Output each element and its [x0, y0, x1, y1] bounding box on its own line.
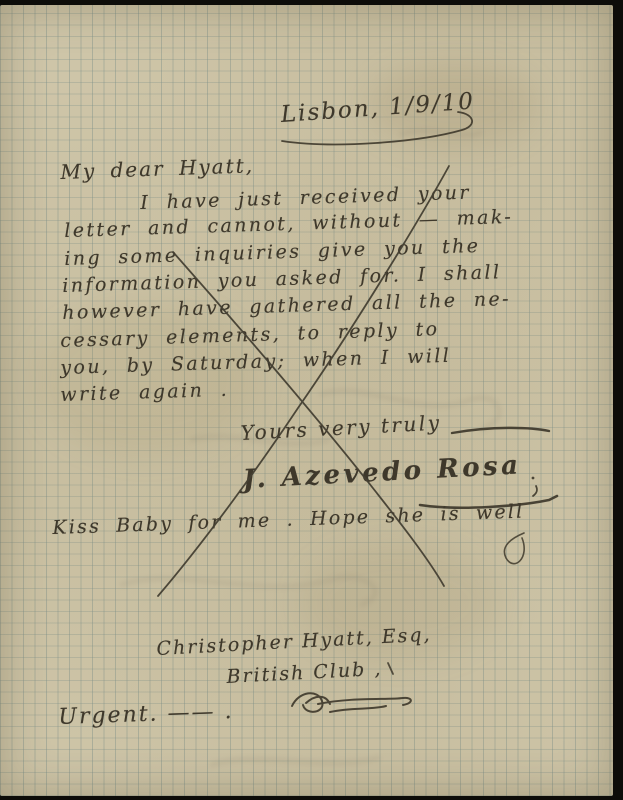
- salutation: My dear Hyatt,: [60, 153, 254, 184]
- squared-graph-paper: Lisbon, 1/9/10 My dear Hyatt, I have jus…: [0, 5, 613, 796]
- postscript: Kiss Baby for me . Hope she is well: [52, 501, 525, 539]
- scanned-letter-page: Lisbon, 1/9/10 My dear Hyatt, I have jus…: [0, 0, 623, 800]
- urgent-annotation: Urgent. —— .: [58, 699, 234, 730]
- signature: J. Azevedo Rosa: [242, 450, 522, 495]
- closing: Yours very truly: [240, 410, 442, 444]
- address-club: British Club ,: [226, 658, 383, 688]
